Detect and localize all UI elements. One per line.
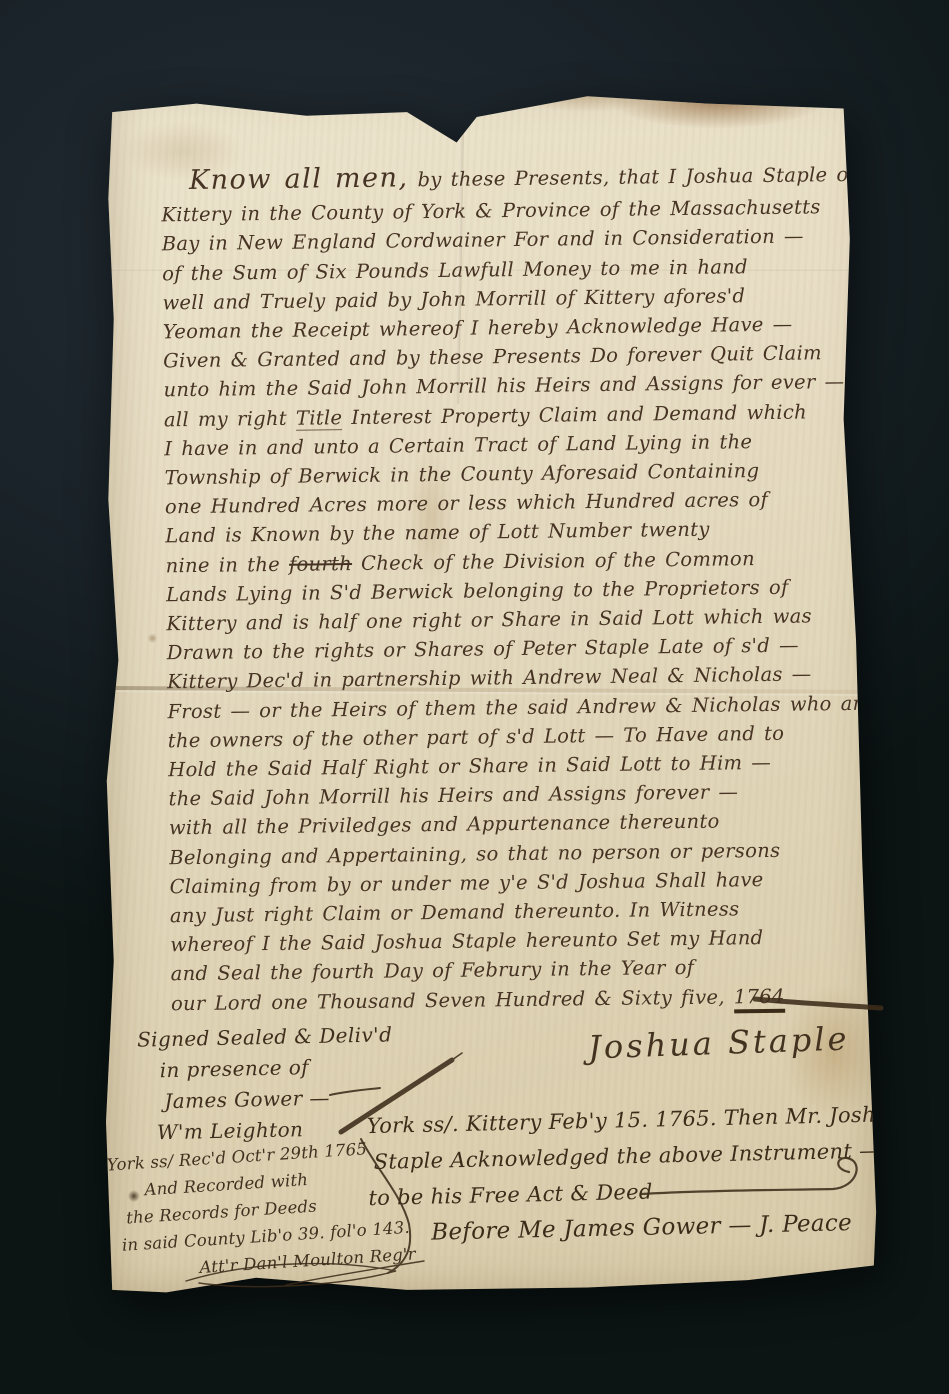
deed-text: Given & Granted and by these Presents Do… xyxy=(163,342,822,373)
deed-text: Check of the Division of the Common xyxy=(352,547,755,575)
deed-text-struck: fourth xyxy=(289,552,352,576)
deed-text: of the Sum of Six Pounds Lawfull Money t… xyxy=(162,255,748,285)
deed-text: Interest Property Claim and Demand which xyxy=(342,400,807,429)
deed-text: Signed Sealed & Deliv'd xyxy=(137,1022,393,1051)
deed-text: the Said John Morrill his Heirs and Assi… xyxy=(168,781,738,811)
deed-text-underlined: Title xyxy=(296,406,343,431)
deed-text: unto him the Said John Morrill his Heirs… xyxy=(163,370,844,401)
deed-text-lead: Know all men, xyxy=(189,162,409,196)
deed-text-underlined-heavy: 1764 xyxy=(734,984,785,1013)
deed-text: Staple Acknowledged the above Instrument… xyxy=(373,1138,880,1173)
witness-line: Signed Sealed & Deliv'd xyxy=(137,1019,393,1055)
deed-text: Claiming from by or under me y'e S'd Jos… xyxy=(169,868,763,898)
deed-paper-wrap: Know all men, by these Presents, that I … xyxy=(106,78,880,1296)
signature-joshua-staple: Joshua Staple xyxy=(587,1019,850,1066)
deed-text: and Seal the fourth Day of Februry in th… xyxy=(171,956,695,985)
deed-text: whereof I the Said Joshua Staple hereunt… xyxy=(170,926,763,956)
deed-text: all my right xyxy=(164,406,296,431)
deed-text: well and Truely paid by John Morrill of … xyxy=(162,284,745,314)
deed-text: Frost — or the Heirs of them the said An… xyxy=(167,691,903,723)
deed-text: Hold the Said Half Right or Share in Sai… xyxy=(168,751,771,781)
deed-text: any Just right Claim or Demand thereunto… xyxy=(170,897,740,927)
deed-text: Before Me James Gower — J. Peace xyxy=(431,1210,852,1246)
deed-text: Kittery and is half one right or Share i… xyxy=(166,604,812,635)
deed-text: James Gower — xyxy=(164,1086,330,1113)
deed-text: Drawn to the rights or Shares of Peter S… xyxy=(167,634,799,665)
photo-backdrop: Know all men, by these Presents, that I … xyxy=(0,0,949,1394)
recording-block: York ss/ Rec'd Oct'r 29th 1765And Record… xyxy=(106,1133,417,1287)
deed-text: Kittery Dec'd in partnership with Andrew… xyxy=(167,663,812,694)
deed-text: with all the Priviledges and Appurtenanc… xyxy=(169,810,720,840)
deed-text: by these Presents, that I Joshua Staple … xyxy=(408,163,885,192)
deed-text: Lands Lying in S'd Berwick belonging to … xyxy=(166,576,789,607)
deed-text: Belonging and Appertaining, so that no p… xyxy=(169,838,780,868)
deed-text: Yeoman the Receipt whereof I hereby Ackn… xyxy=(163,313,793,344)
acknowledgment-block: York ss/. Kittery Feb'y 15. 1765. Then M… xyxy=(366,1096,905,1252)
witness-block: Signed Sealed & Deliv'din presence ofJam… xyxy=(137,1019,395,1148)
deed-text: York ss/. Kittery Feb'y 15. 1765. Then M… xyxy=(367,1102,903,1138)
deed-text: Township of Berwick in the County Afores… xyxy=(164,459,759,489)
deed-text: the owners of the other part of s'd Lott… xyxy=(168,722,785,753)
witness-line: in presence of xyxy=(159,1050,393,1086)
deed-paper: Know all men, by these Presents, that I … xyxy=(106,78,880,1296)
deed-text: I have in and unto a Certain Tract of La… xyxy=(164,430,752,460)
witness-line: James Gower — xyxy=(164,1081,394,1117)
deed-text: Kittery in the County of York & Province… xyxy=(161,195,820,226)
deed-text: Bay in New England Cordwainer For and in… xyxy=(162,225,804,256)
deed-text: one Hundred Acres more or less which Hun… xyxy=(165,488,768,518)
deed-line: Know all men, by these Presents, that I … xyxy=(189,158,867,197)
deed-text: in presence of xyxy=(159,1055,309,1082)
deed-text: nine in the xyxy=(166,552,290,577)
deed-text: our Lord one Thousand Seven Hundred & Si… xyxy=(171,985,734,1015)
deed-text: Land is Known by the name of Lott Number… xyxy=(165,518,710,548)
deed-body-text: Know all men, by these Presents, that I … xyxy=(161,158,877,1018)
